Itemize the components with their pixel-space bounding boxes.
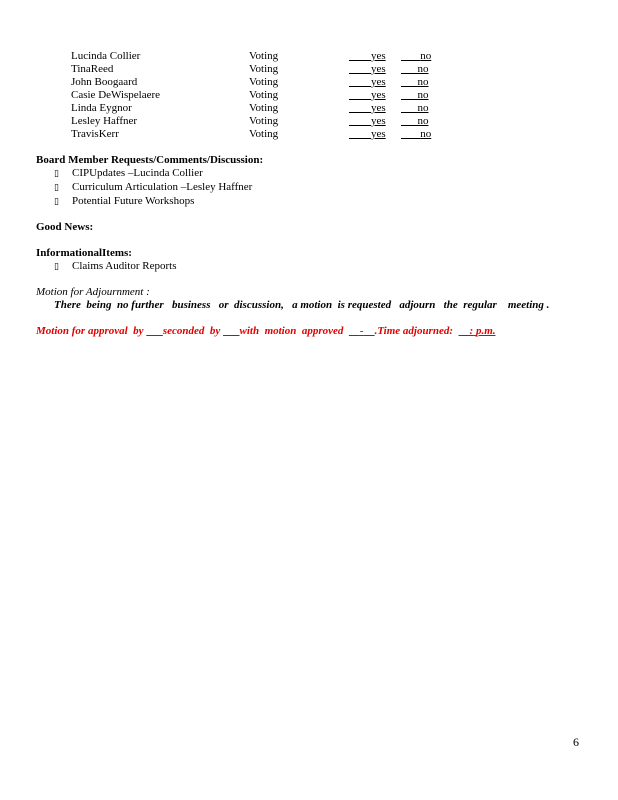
no-blank: no — [401, 63, 429, 75]
no-blank: no — [401, 89, 429, 101]
bullet-icon: ▯ — [54, 197, 72, 207]
yes-blank: yes — [349, 89, 386, 101]
yes-blank: yes — [349, 128, 386, 140]
vote-row: Lesley Haffner Voting yes no — [0, 115, 618, 128]
vote-row: TravisKerr Voting yes no — [0, 128, 618, 141]
list-item: ▯Curriculum Articulation –Lesley Haffner — [54, 181, 252, 193]
member-status: Voting — [249, 50, 278, 62]
vote-row: TinaReed Voting yes no — [0, 63, 618, 76]
yes-blank: yes — [349, 50, 386, 62]
adjournment-text: There being no further business or discu… — [54, 299, 549, 311]
motion-approval-line: Motion for approval by seconded by with … — [36, 325, 496, 337]
mover-blank — [146, 325, 163, 337]
board-requests-heading: Board Member Requests/Comments/Discussio… — [36, 154, 263, 166]
informational-heading: InformationalItems: — [36, 247, 132, 259]
no-blank: no — [401, 76, 429, 88]
list-item: ▯Potential Future Workshops — [54, 195, 194, 207]
bullet-icon: ▯ — [54, 262, 72, 272]
time-blank: : p.m. — [459, 325, 496, 337]
member-status: Voting — [249, 102, 278, 114]
vote-count-blank: - — [349, 325, 375, 337]
member-name: TravisKerr — [71, 128, 119, 140]
member-name: Casie DeWispelaere — [71, 89, 160, 101]
no-blank: no — [401, 128, 431, 140]
yes-blank: yes — [349, 115, 386, 127]
member-name: John Boogaard — [71, 76, 137, 88]
no-blank: no — [401, 102, 429, 114]
yes-blank: yes — [349, 102, 386, 114]
member-name: Lesley Haffner — [71, 115, 137, 127]
vote-row: John Boogaard Voting yes no — [0, 76, 618, 89]
vote-row: Casie DeWispelaere Voting yes no — [0, 89, 618, 102]
vote-row: Lucinda Collier Voting yes no — [0, 50, 618, 63]
member-status: Voting — [249, 76, 278, 88]
member-status: Voting — [249, 63, 278, 75]
seconder-blank — [223, 325, 240, 337]
member-status: Voting — [249, 128, 278, 140]
list-item: ▯CIPUpdates –Lucinda Collier — [54, 167, 203, 179]
bullet-icon: ▯ — [54, 183, 72, 193]
no-blank: no — [401, 50, 431, 62]
member-name: Linda Eygnor — [71, 102, 132, 114]
yes-blank: yes — [349, 63, 386, 75]
adjournment-heading: Motion for Adjournment : — [36, 286, 150, 298]
member-status: Voting — [249, 89, 278, 101]
member-status: Voting — [249, 115, 278, 127]
good-news-heading: Good News: — [36, 221, 93, 233]
vote-row: Linda Eygnor Voting yes no — [0, 102, 618, 115]
member-name: TinaReed — [71, 63, 113, 75]
list-item: ▯Claims Auditor Reports — [54, 260, 177, 272]
bullet-icon: ▯ — [54, 169, 72, 179]
yes-blank: yes — [349, 76, 386, 88]
page-number: 6 — [573, 735, 579, 750]
member-name: Lucinda Collier — [71, 50, 140, 62]
no-blank: no — [401, 115, 429, 127]
